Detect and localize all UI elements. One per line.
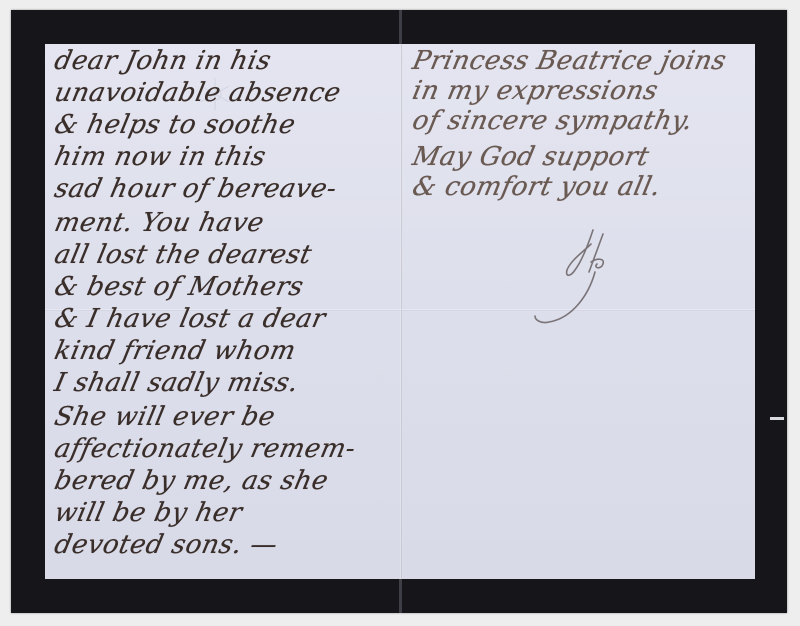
letter-line: kind friend whom — [52, 336, 299, 366]
letter-line: will be by her — [52, 498, 245, 528]
letter-line: & comfort you all. — [410, 172, 664, 202]
letter-line: of sincere sympathy. — [410, 106, 696, 136]
letter-line: bered by me, as she — [52, 466, 331, 496]
letter-line: devoted sons. — — [52, 530, 281, 560]
letter-line: I shall sadly miss. — [52, 368, 302, 398]
letter-line: & I have lost a dear — [52, 304, 329, 334]
letter-line: all lost the dearest — [52, 240, 315, 270]
letter-line: Princess Beatrice joins — [410, 46, 729, 76]
right-page: Princess Beatrice joins in my expression… — [413, 44, 748, 579]
center-fold — [400, 44, 403, 579]
letter-scan: dear John in his unavoidable absence & h… — [0, 0, 800, 626]
border-scratch — [770, 417, 784, 420]
letter-line: affectionately remem- — [52, 434, 359, 464]
letter-line: dear John in his — [52, 46, 274, 76]
left-page: dear John in his unavoidable absence & h… — [55, 44, 395, 579]
letter-line: She will ever be — [52, 402, 278, 432]
letter-line: sad hour of bereave- — [52, 174, 340, 204]
letter-paper: dear John in his unavoidable absence & h… — [45, 44, 755, 579]
letter-line: unavoidable absence — [52, 78, 344, 108]
signature-monogram-icon — [531, 222, 621, 332]
letter-line: him now in this — [52, 142, 269, 172]
letter-line: in my expressions — [410, 76, 661, 106]
fold-mark-bottom — [399, 579, 402, 613]
letter-line: & helps to soothe — [52, 110, 299, 140]
letter-line: & best of Mothers — [52, 272, 307, 302]
fold-mark-top — [399, 10, 402, 44]
letter-line: May God support — [410, 142, 652, 172]
letter-line: ment. You have — [52, 208, 267, 238]
